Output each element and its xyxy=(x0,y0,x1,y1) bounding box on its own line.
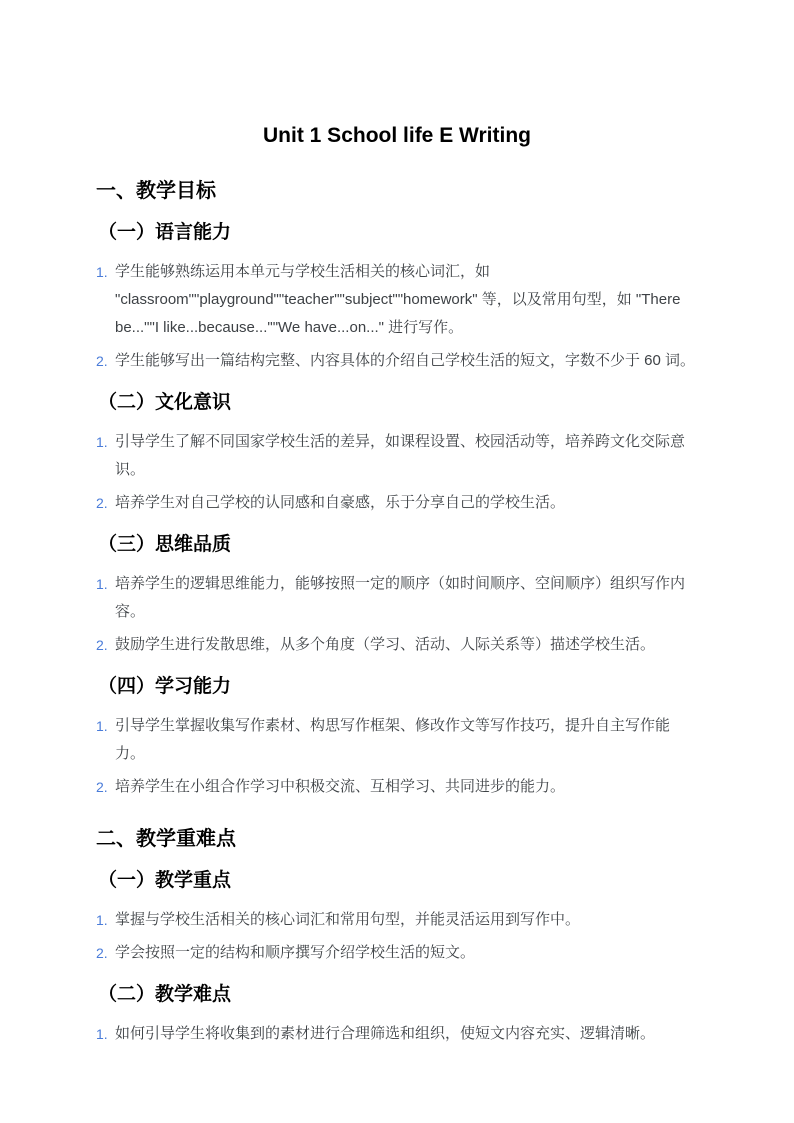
list-item: 如何引导学生将收集到的素材进行合理筛选和组织，使短文内容充实、逻辑清晰。 xyxy=(115,1020,698,1048)
list-item: 引导学生掌握收集写作素材、构思写作框架、修改作文等写作技巧，提升自主写作能力。 xyxy=(115,712,698,768)
subsection-heading-language-ability: （一）语言能力 xyxy=(96,219,698,247)
document-page: Unit 1 School life E Writing 一、教学目标 （一）语… xyxy=(0,0,794,1123)
subsection-heading-thinking-quality: （三）思维品质 xyxy=(96,531,698,559)
cultural-awareness-list: 引导学生了解不同国家学校生活的差异，如课程设置、校园活动等，培养跨文化交际意识。… xyxy=(96,428,698,517)
list-item: 学会按照一定的结构和顺序撰写介绍学校生活的短文。 xyxy=(115,939,698,967)
subsection-heading-teaching-key-points: （一）教学重点 xyxy=(96,867,698,895)
section-heading-teaching-objectives: 一、教学目标 xyxy=(96,177,698,205)
section-key-difficult-points: 二、教学重难点 （一）教学重点 掌握与学校生活相关的核心词汇和常用句型，并能灵活… xyxy=(96,825,698,1048)
section-teaching-objectives: 一、教学目标 （一）语言能力 学生能够熟练运用本单元与学校生活相关的核心词汇，如… xyxy=(96,177,698,801)
list-item: 培养学生在小组合作学习中积极交流、互相学习、共同进步的能力。 xyxy=(115,773,698,801)
list-item: 学生能够写出一篇结构完整、内容具体的介绍自己学校生活的短文，字数不少于 60 词… xyxy=(115,347,698,375)
subsection-heading-learning-ability: （四）学习能力 xyxy=(96,673,698,701)
list-item: 培养学生的逻辑思维能力，能够按照一定的顺序（如时间顺序、空间顺序）组织写作内容。 xyxy=(115,570,698,626)
learning-ability-list: 引导学生掌握收集写作素材、构思写作框架、修改作文等写作技巧，提升自主写作能力。 … xyxy=(96,712,698,801)
subsection-learning-ability: （四）学习能力 引导学生掌握收集写作素材、构思写作框架、修改作文等写作技巧，提升… xyxy=(96,673,698,801)
subsection-language-ability: （一）语言能力 学生能够熟练运用本单元与学校生活相关的核心词汇，如 "class… xyxy=(96,219,698,375)
subsection-teaching-difficulties: （二）教学难点 如何引导学生将收集到的素材进行合理筛选和组织，使短文内容充实、逻… xyxy=(96,981,698,1048)
section-heading-key-difficult-points: 二、教学重难点 xyxy=(96,825,698,853)
list-item: 培养学生对自己学校的认同感和自豪感，乐于分享自己的学校生活。 xyxy=(115,489,698,517)
list-item: 学生能够熟练运用本单元与学校生活相关的核心词汇，如 "classroom""pl… xyxy=(115,258,698,342)
teaching-key-points-list: 掌握与学校生活相关的核心词汇和常用句型，并能灵活运用到写作中。 学会按照一定的结… xyxy=(96,906,698,967)
subsection-heading-cultural-awareness: （二）文化意识 xyxy=(96,389,698,417)
list-item: 引导学生了解不同国家学校生活的差异，如课程设置、校园活动等，培养跨文化交际意识。 xyxy=(115,428,698,484)
language-ability-list: 学生能够熟练运用本单元与学校生活相关的核心词汇，如 "classroom""pl… xyxy=(96,258,698,375)
subsection-teaching-key-points: （一）教学重点 掌握与学校生活相关的核心词汇和常用句型，并能灵活运用到写作中。 … xyxy=(96,867,698,967)
teaching-difficulties-list: 如何引导学生将收集到的素材进行合理筛选和组织，使短文内容充实、逻辑清晰。 xyxy=(96,1020,698,1048)
document-title: Unit 1 School life E Writing xyxy=(96,121,698,151)
subsection-thinking-quality: （三）思维品质 培养学生的逻辑思维能力，能够按照一定的顺序（如时间顺序、空间顺序… xyxy=(96,531,698,659)
list-item: 鼓励学生进行发散思维，从多个角度（学习、活动、人际关系等）描述学校生活。 xyxy=(115,631,698,659)
subsection-heading-teaching-difficulties: （二）教学难点 xyxy=(96,981,698,1009)
list-item: 掌握与学校生活相关的核心词汇和常用句型，并能灵活运用到写作中。 xyxy=(115,906,698,934)
subsection-cultural-awareness: （二）文化意识 引导学生了解不同国家学校生活的差异，如课程设置、校园活动等，培养… xyxy=(96,389,698,517)
thinking-quality-list: 培养学生的逻辑思维能力，能够按照一定的顺序（如时间顺序、空间顺序）组织写作内容。… xyxy=(96,570,698,659)
